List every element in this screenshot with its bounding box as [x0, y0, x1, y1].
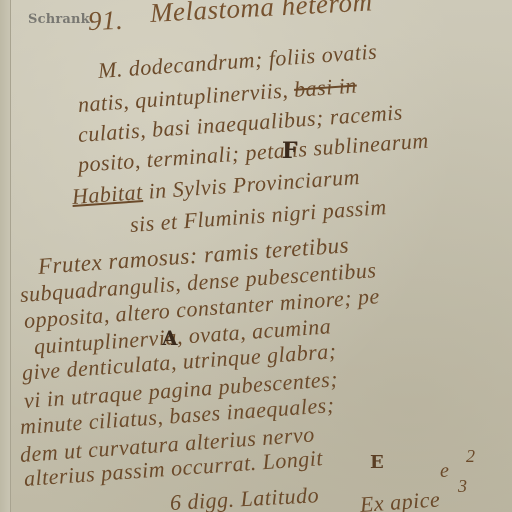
fraction-denominator: 3 — [458, 476, 467, 497]
margin-mark-a: A — [162, 326, 178, 350]
manuscript-page: Schrank. 91. Melastoma heterom M. dodeca… — [0, 0, 512, 512]
margin-mark-f: F — [282, 138, 298, 164]
heading-number: 91. — [87, 5, 123, 37]
text-line-17: Ex apice — [359, 486, 441, 512]
page-margin-edge — [0, 0, 11, 512]
fraction-numerator: 2 — [466, 446, 475, 467]
habitat-label: Habitat — [71, 179, 143, 209]
line-text: Sylvis Provinciarum — [172, 164, 361, 202]
fraction-whole: e — [440, 460, 449, 483]
text-line-16: 6 digg. Latitudo — [169, 482, 319, 512]
line-text-between: in — [148, 177, 168, 203]
heading-title: Melastoma heterom — [149, 0, 373, 29]
margin-mark-e: E — [370, 452, 384, 473]
struck-text: basi in — [293, 73, 357, 102]
collector-stamp: Schrank. — [28, 12, 95, 27]
